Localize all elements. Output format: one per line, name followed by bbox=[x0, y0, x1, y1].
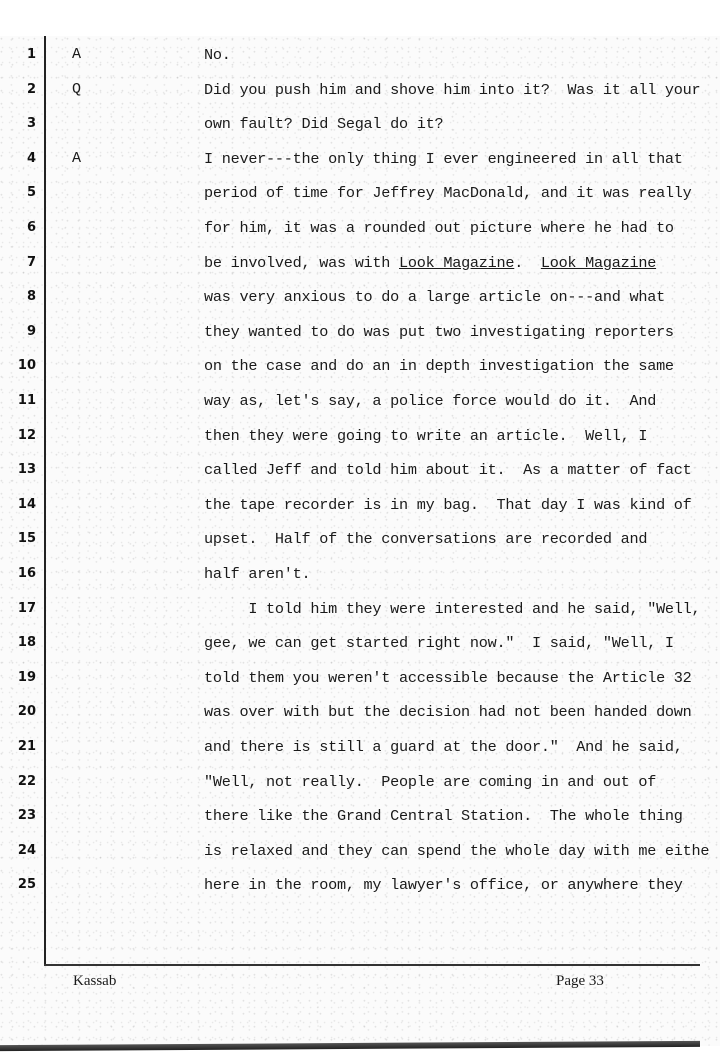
transcript-line: be involved, was with Look Magazine. Loo… bbox=[204, 254, 656, 272]
speaker-label: A bbox=[72, 46, 81, 63]
line-number: 19 bbox=[10, 670, 36, 685]
transcript-line: told them you weren't accessible because… bbox=[204, 669, 692, 687]
line-number: 4 bbox=[10, 151, 36, 166]
line-number: 24 bbox=[10, 843, 36, 858]
transcript-line: for him, it was a rounded out picture wh… bbox=[204, 219, 674, 237]
line-number: 22 bbox=[10, 774, 36, 789]
line-number: 21 bbox=[10, 739, 36, 754]
transcript-line: here in the room, my lawyer's office, or… bbox=[204, 876, 683, 894]
magazine-title: Look Magazine bbox=[541, 254, 656, 272]
transcript-line: way as, let's say, a police force would … bbox=[204, 392, 656, 410]
transcript-line: Did you push him and shove him into it? … bbox=[204, 81, 700, 99]
transcript-line: gee, we can get started right now." I sa… bbox=[204, 634, 674, 652]
transcript-line: I told him they were interested and he s… bbox=[204, 600, 700, 618]
transcript-line: is relaxed and they can spend the whole … bbox=[204, 842, 709, 860]
line-number: 11 bbox=[10, 393, 36, 408]
line-number: 1 bbox=[10, 47, 36, 62]
transcript-line: on the case and do an in depth investiga… bbox=[204, 357, 674, 375]
magazine-title: Look Magazine bbox=[399, 254, 514, 272]
transcript-line: half aren't. bbox=[204, 565, 310, 583]
line-number: 3 bbox=[10, 116, 36, 131]
speaker-label: Q bbox=[72, 81, 81, 98]
transcript-line: period of time for Jeffrey MacDonald, an… bbox=[204, 184, 692, 202]
line-number: 14 bbox=[10, 497, 36, 512]
transcript-line: there like the Grand Central Station. Th… bbox=[204, 807, 683, 825]
line-number: 8 bbox=[10, 289, 36, 304]
transcript-line: I never---the only thing I ever engineer… bbox=[204, 150, 683, 168]
transcript-line: they wanted to do was put two investigat… bbox=[204, 323, 674, 341]
transcript-line: upset. Half of the conversations are rec… bbox=[204, 530, 647, 548]
line-number: 6 bbox=[10, 220, 36, 235]
line-number: 10 bbox=[10, 358, 36, 373]
footer-page-number: Page 33 bbox=[556, 973, 604, 990]
line-number: 25 bbox=[10, 877, 36, 892]
line-number: 20 bbox=[10, 704, 36, 719]
transcript-line: was over with but the decision had not b… bbox=[204, 703, 692, 721]
line-number: 12 bbox=[10, 428, 36, 443]
line-number: 18 bbox=[10, 635, 36, 650]
transcript-line: own fault? Did Segal do it? bbox=[204, 115, 443, 133]
line-text: . bbox=[514, 254, 541, 272]
bottom-rule bbox=[44, 964, 700, 966]
speaker-label: A bbox=[72, 150, 81, 167]
line-number: 17 bbox=[10, 601, 36, 616]
line-number: 5 bbox=[10, 185, 36, 200]
footer-witness-name: Kassab bbox=[73, 973, 116, 990]
line-number: 15 bbox=[10, 531, 36, 546]
margin-rule bbox=[44, 36, 46, 965]
transcript-line: called Jeff and told him about it. As a … bbox=[204, 461, 692, 479]
line-text: be involved, was with bbox=[204, 254, 399, 272]
transcript-line: No. bbox=[204, 46, 231, 64]
transcript-line: was very anxious to do a large article o… bbox=[204, 288, 665, 306]
line-number: 9 bbox=[10, 324, 36, 339]
line-number: 16 bbox=[10, 566, 36, 581]
transcript-line: the tape recorder is in my bag. That day… bbox=[204, 496, 692, 514]
line-number: 2 bbox=[10, 82, 36, 97]
transcript-line: "Well, not really. People are coming in … bbox=[204, 773, 656, 791]
line-number: 13 bbox=[10, 462, 36, 477]
line-number: 23 bbox=[10, 808, 36, 823]
transcript-line: and there is still a guard at the door."… bbox=[204, 738, 683, 756]
line-number: 7 bbox=[10, 255, 36, 270]
transcript-line: then they were going to write an article… bbox=[204, 427, 647, 445]
